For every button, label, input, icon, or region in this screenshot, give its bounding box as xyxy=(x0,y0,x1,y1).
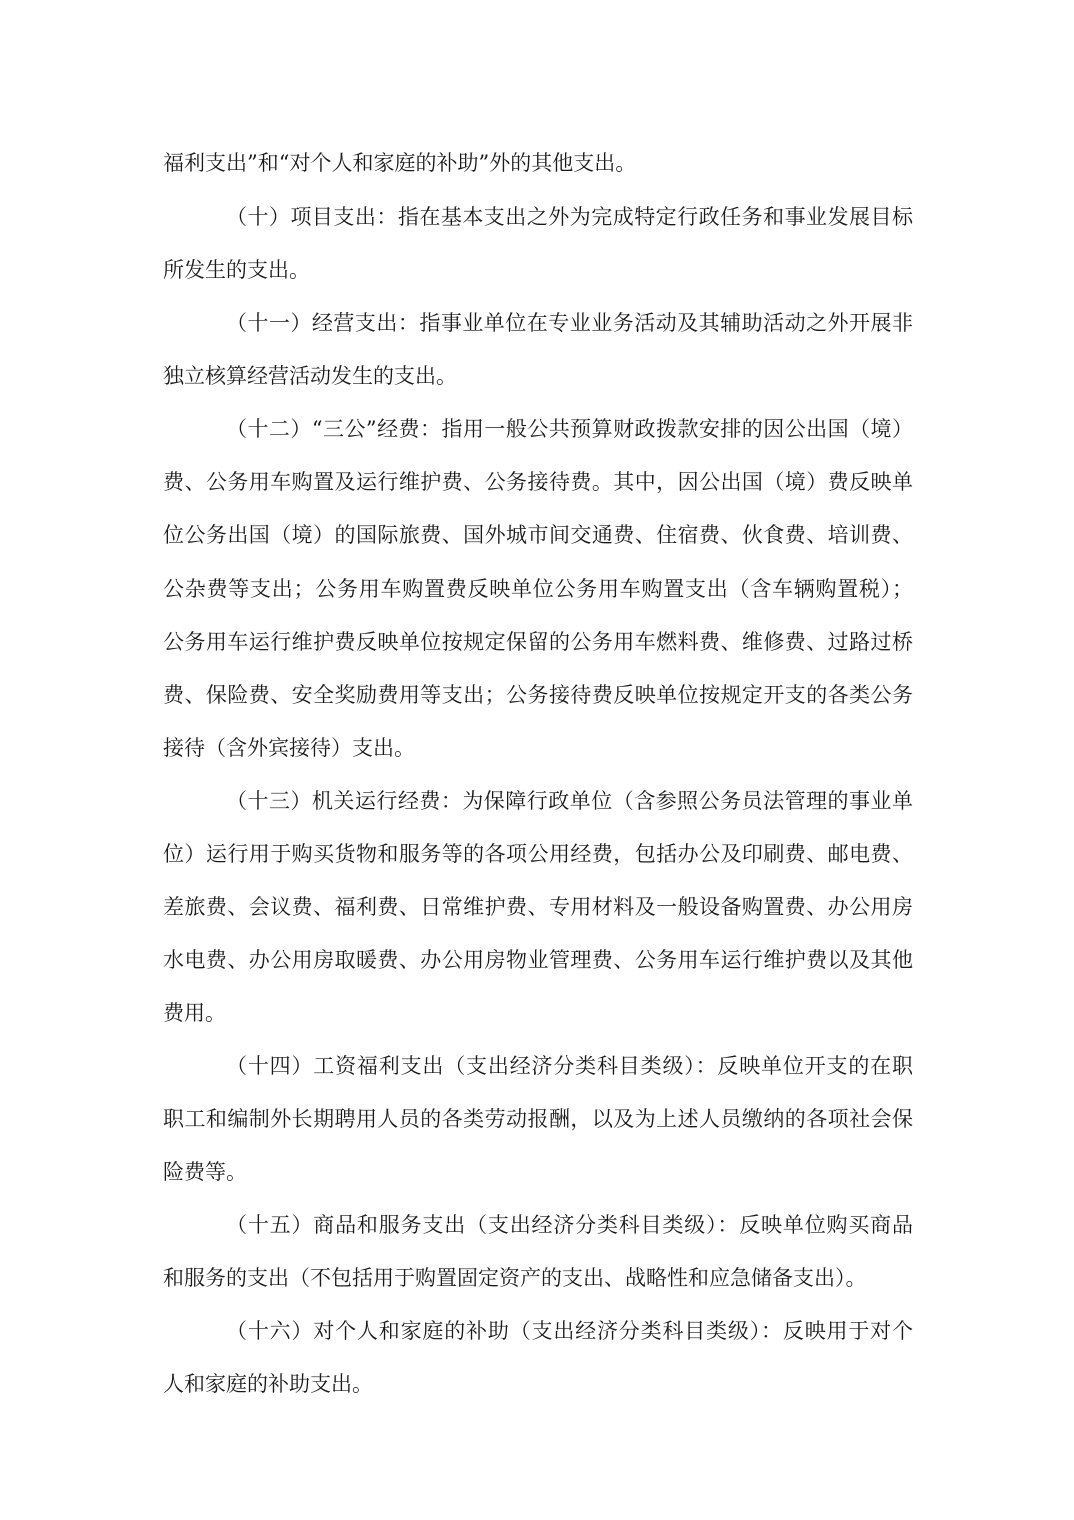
paragraph-heading-line: （十）项目支出：指在基本支出之外为完成特定行政任务和事业发展目标 xyxy=(226,202,913,232)
text-line: 费、保险费、安全奖励费用等支出；公务接待费反映单位按规定开支的各类公务 xyxy=(163,680,913,710)
text-line: 公杂费等支出；公务用车购置费反映单位公务用车购置支出（含车辆购置税）； xyxy=(163,574,913,604)
text-line: 所发生的支出。 xyxy=(163,255,913,285)
text-line: 位公务出国（境）的国际旅费、国外城市间交通费、住宿费、伙食费、培训费、 xyxy=(163,520,913,550)
text-line: 险费等。 xyxy=(163,1157,913,1187)
text-line: 职工和编制外长期聘用人员的各类劳动报酬，以及为上述人员缴纳的各项社会保 xyxy=(163,1104,913,1134)
text-line: 费、公务用车购置及运行维护费、公务接待费。其中，因公出国（境）费反映单 xyxy=(163,467,913,497)
text-line: 独立核算经营活动发生的支出。 xyxy=(163,361,913,391)
paragraph-heading-line: （十六）对个人和家庭的补助（支出经济分类科目类级）：反映用于对个 xyxy=(226,1316,913,1346)
paragraph-heading-line: （十二）“三公”经费：指用一般公共预算财政拨款安排的因公出国（境） xyxy=(226,414,913,444)
text-line: 水电费、办公用房取暖费、办公用房物业管理费、公务用车运行维护费以及其他 xyxy=(163,945,913,975)
paragraph-heading-line: （十三）机关运行经费：为保障行政单位（含参照公务员法管理的事业单 xyxy=(226,786,913,816)
text-line: 费用。 xyxy=(163,998,913,1028)
text-line: 人和家庭的补助支出。 xyxy=(163,1369,913,1399)
text-line: 和服务的支出（不包括用于购置固定资产的支出、战略性和应急储备支出）。 xyxy=(163,1263,913,1293)
text-line: 位）运行用于购买货物和服务等的各项公用经费，包括办公及印刷费、邮电费、 xyxy=(163,839,913,869)
text-line: 接待（含外宾接待）支出。 xyxy=(163,733,913,763)
text-line: 差旅费、会议费、福利费、日常维护费、专用材料及一般设备购置费、办公用房 xyxy=(163,892,913,922)
text-line: 福利支出”和“对个人和家庭的补助”外的其他支出。 xyxy=(163,148,913,178)
text-line: 公务用车运行维护费反映单位按规定保留的公务用车燃料费、维修费、过路过桥 xyxy=(163,627,913,657)
paragraph-heading-line: （十五）商品和服务支出（支出经济分类科目类级）：反映单位购买商品 xyxy=(226,1210,913,1240)
document-page: 福利支出”和“对个人和家庭的补助”外的其他支出。 （十）项目支出：指在基本支出之… xyxy=(0,0,1074,1520)
paragraph-heading-line: （十一）经营支出：指事业单位在专业业务活动及其辅助活动之外开展非 xyxy=(226,308,913,338)
paragraph-heading-line: （十四）工资福利支出（支出经济分类科目类级）：反映单位开支的在职 xyxy=(226,1051,913,1081)
